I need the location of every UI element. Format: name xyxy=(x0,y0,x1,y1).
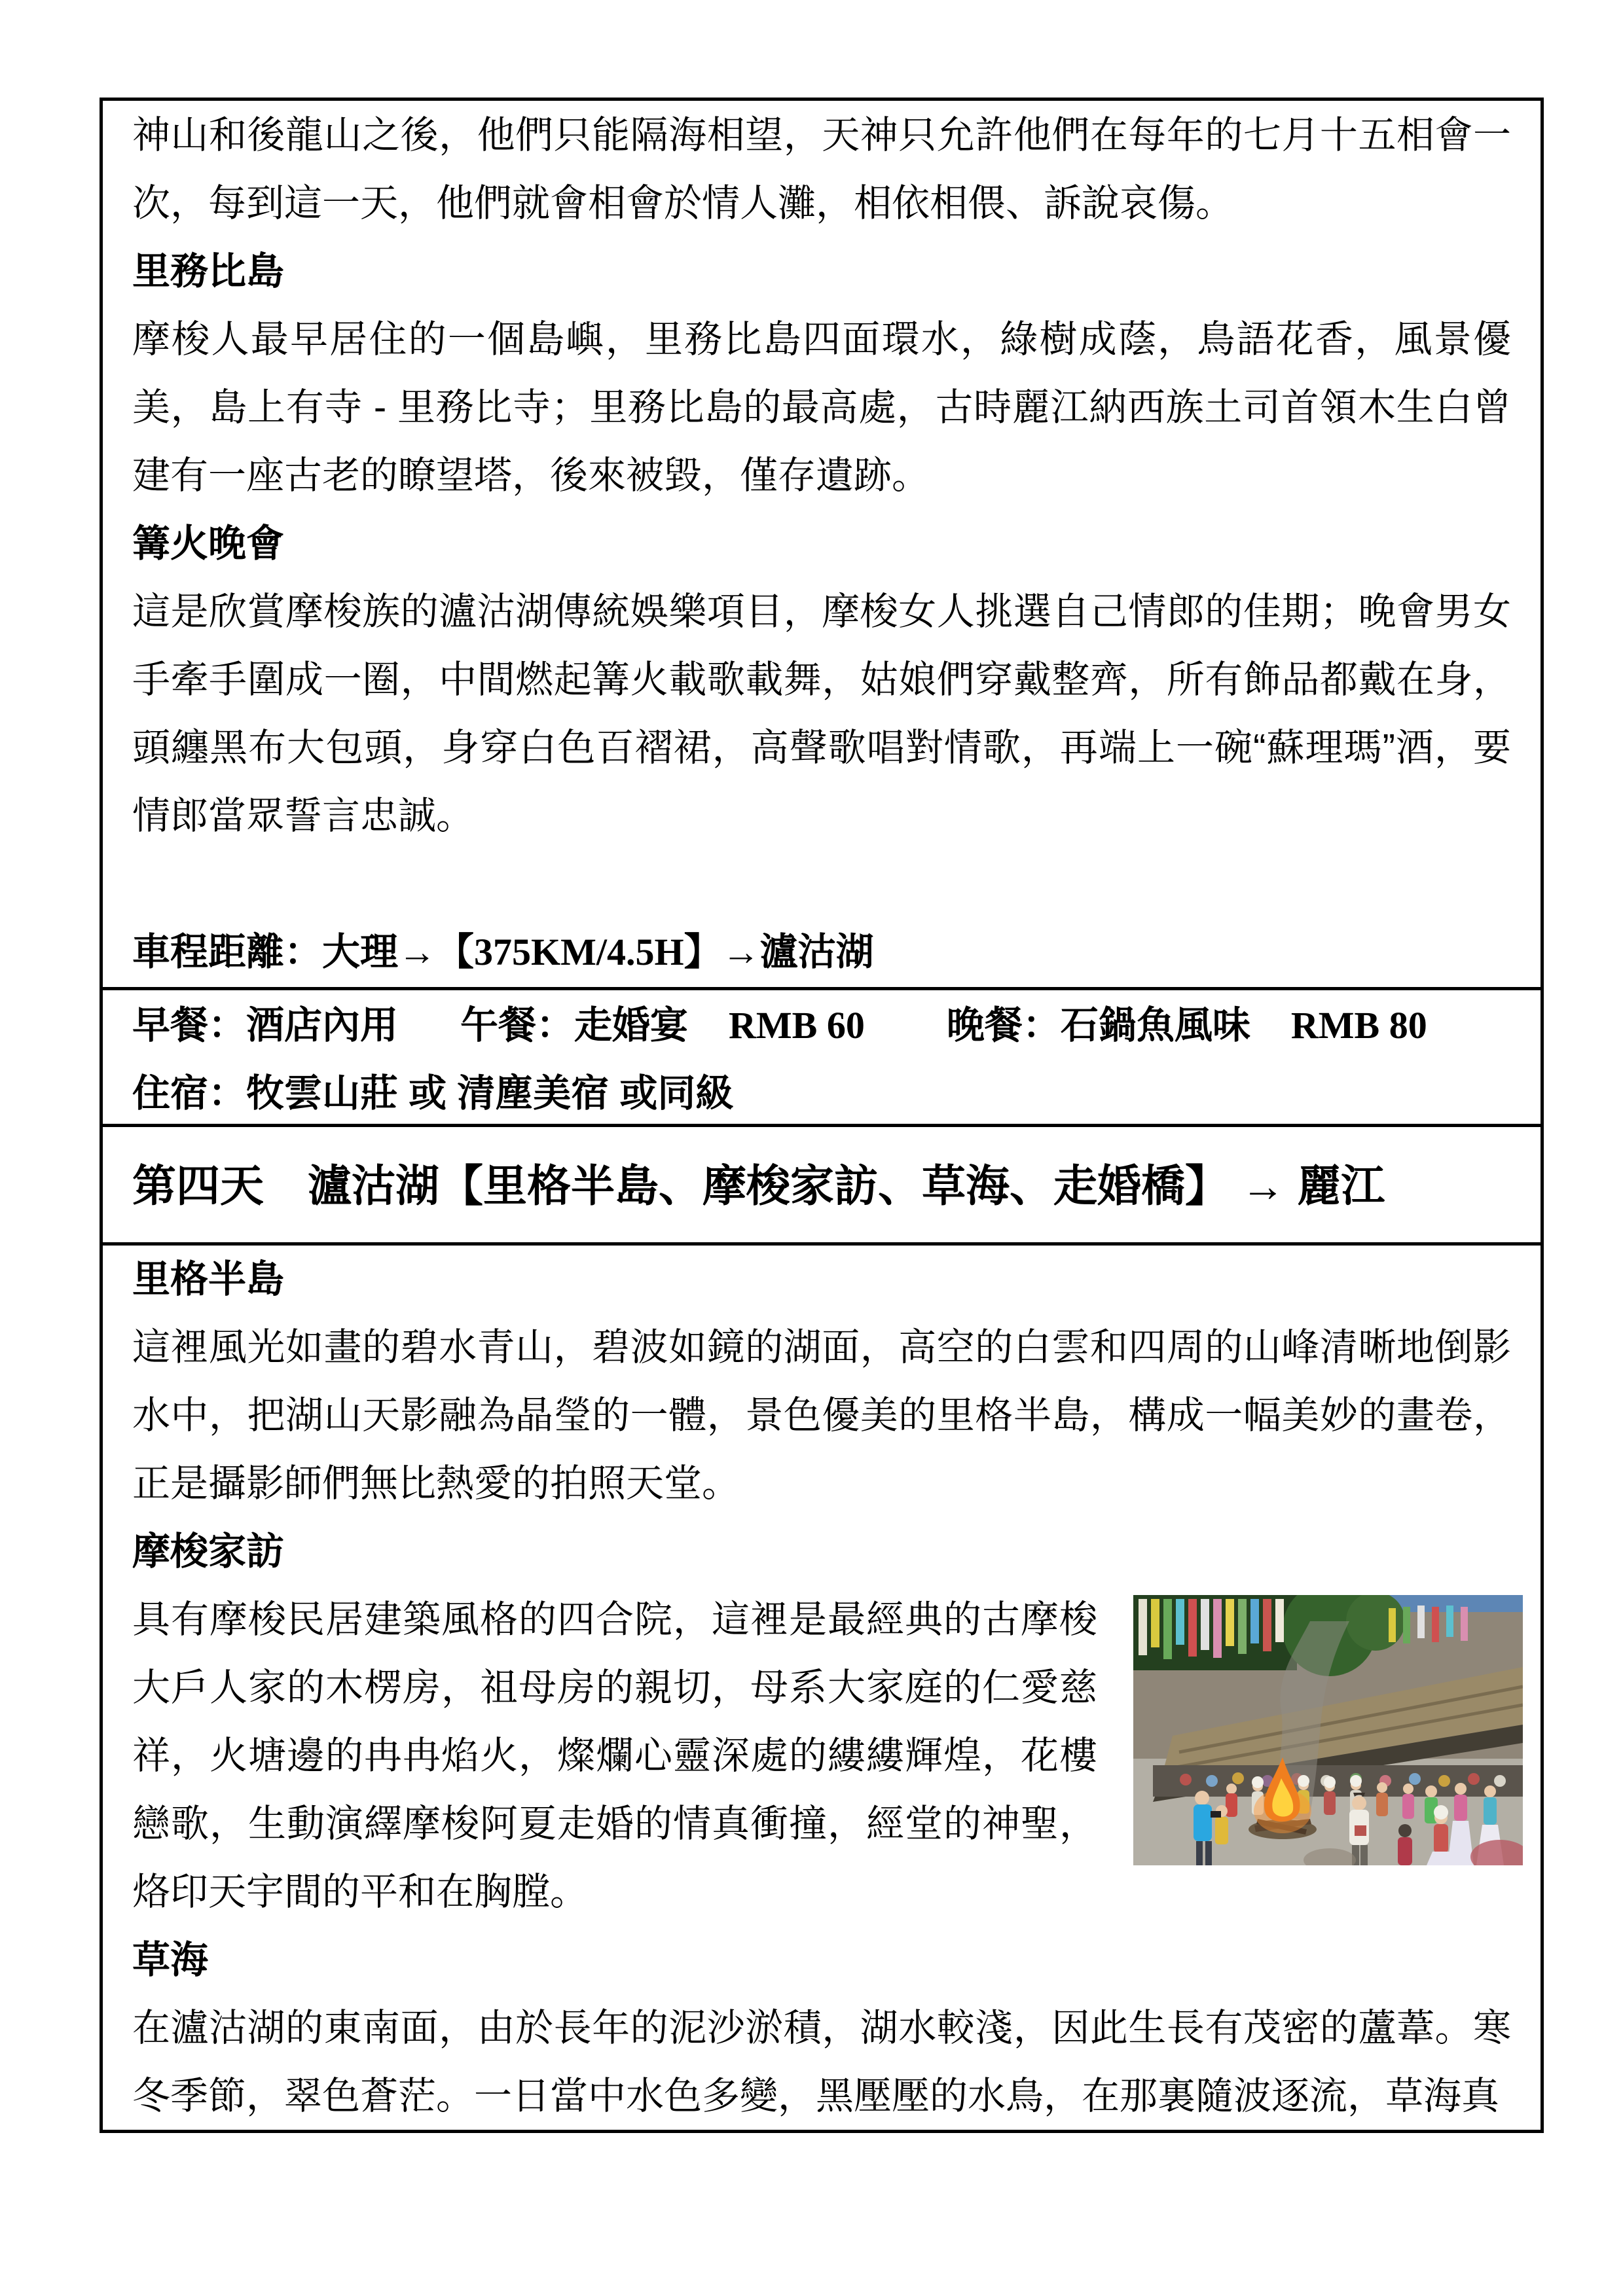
day3-intro-paragraph: 神山和後龍山之後，他們只能隔海相望，天神只允許他們在每年的七月十五相會一次，每到… xyxy=(132,101,1511,238)
day3-description-cell: 神山和後龍山之後，他們只能隔海相望，天神只允許他們在每年的七月十五相會一次，每到… xyxy=(103,101,1541,987)
itinerary-table: 神山和後龍山之後，他們只能隔海相望，天神只允許他們在每年的七月十五相會一次，每到… xyxy=(100,98,1544,2133)
section-heading-mosuo-home-visit: 摩梭家訪 xyxy=(132,1518,1511,1586)
drive-distance-line: 車程距離：大理→【375KM/4.5H】→瀘沽湖 xyxy=(132,918,1511,986)
caohai-paragraph: 在瀘沽湖的東南面，由於長年的泥沙淤積，湖水較淺，因此生長有茂密的蘆葦。寒冬季節，… xyxy=(132,1994,1511,2130)
lunch-label: 午餐：走婚宴 xyxy=(460,1004,688,1047)
day4-description-cell: 里格半島 這裡風光如畫的碧水青山，碧波如鏡的湖面，高空的白雲和四周的山峰清晰地倒… xyxy=(103,1246,1541,2130)
meals-line: 早餐：酒店內用午餐：走婚宴RMB 60晚餐：石鍋魚風味RMB 80 xyxy=(132,992,1511,1060)
day4-title: 第四天 瀘沽湖【里格半島、摩梭家訪、草海、走婚橋】 → 麗江 xyxy=(132,1127,1511,1246)
bonfire-party-paragraph: 這是欣賞摩梭族的瀘沽湖傳統娛樂項目，摩梭女人挑選自己情郎的佳期；晚會男女手牽手圍… xyxy=(132,578,1511,850)
liwubi-island-paragraph: 摩梭人最早居住的一個島嶼，里務比島四面環水，綠樹成蔭，鳥語花香，風景優美，島上有… xyxy=(132,306,1511,510)
section-heading-caohai: 草海 xyxy=(132,1926,1511,1994)
section-heading-bonfire-party: 篝火晚會 xyxy=(132,510,1511,578)
route-distance-value: 375KM/4.5H xyxy=(474,931,684,973)
section-heading-lige-peninsula: 里格半島 xyxy=(132,1246,1511,1314)
mosuo-home-visit-block: 具有摩梭民居建築風格的四合院，這裡是最經典的古摩梭大戶人家的木楞房，祖母房的親切… xyxy=(132,1586,1511,1926)
dinner-label: 晚餐：石鍋魚風味 xyxy=(947,1004,1250,1047)
lunch-price: RMB 60 xyxy=(729,1004,865,1047)
breakfast-label: 早餐：酒店內用 xyxy=(132,1004,398,1047)
day4-header-cell: 第四天 瀘沽湖【里格半島、摩梭家訪、草海、走婚橋】 → 麗江 xyxy=(103,1127,1541,1246)
route-prefix: 車程距離：大理→【 xyxy=(132,931,474,973)
document-page: 神山和後龍山之後，他們只能隔海相望，天神只允許他們在每年的七月十五相會一次，每到… xyxy=(0,0,1623,2296)
section-heading-liwubi-island: 里務比島 xyxy=(132,238,1511,306)
route-suffix: 】→瀘沽湖 xyxy=(684,931,874,973)
mosuo-bonfire-photo xyxy=(1133,1595,1523,1865)
blank-line xyxy=(132,850,1511,918)
meals-hotel-cell: 早餐：酒店內用午餐：走婚宴RMB 60晚餐：石鍋魚風味RMB 80 住宿：牧雲山… xyxy=(103,987,1541,1127)
lige-peninsula-paragraph: 這裡風光如畫的碧水青山，碧波如鏡的湖面，高空的白雲和四周的山峰清晰地倒影水中，把… xyxy=(132,1314,1511,1518)
hotel-line: 住宿：牧雲山莊 或 清塵美宿 或同級 xyxy=(132,1060,1511,1127)
bonfire-scene-illustration xyxy=(1133,1595,1523,1865)
dinner-price: RMB 80 xyxy=(1291,1004,1427,1047)
